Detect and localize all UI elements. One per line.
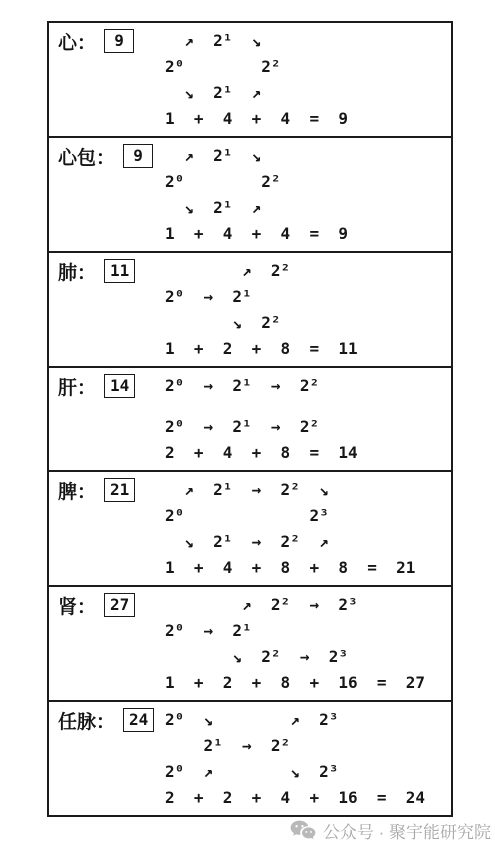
organ-row: 任脉：24 2⁰ ↘ ↗ 2³ 2¹ → 2² 2⁰ ↗ ↘ 2³2 + 2 +… bbox=[49, 700, 451, 815]
organ-label: 心： bbox=[58, 28, 96, 55]
organ-label: 任脉： bbox=[58, 707, 115, 734]
diagram-line: ↘ 2¹ ↗ bbox=[59, 80, 451, 106]
diagram-line: ↘ 2² → 2³ bbox=[59, 644, 451, 670]
diagram-line: 2⁰ 2² bbox=[59, 169, 451, 195]
diagram-line: 2¹ → 2² bbox=[59, 733, 451, 759]
diagram-line: 2⁰ 2³ bbox=[59, 503, 451, 529]
sum-equation: 1 + 4 + 8 + 8 = 21 bbox=[59, 555, 451, 581]
row-header: 任脉：24 bbox=[58, 707, 154, 733]
sum-equation: 2 + 4 + 8 = 14 bbox=[59, 440, 451, 466]
organ-label: 肝： bbox=[58, 373, 96, 400]
sum-equation: 1 + 4 + 4 = 9 bbox=[59, 221, 451, 247]
organ-row: 心包：9 ↗ 2¹ ↘ 2⁰ 2² ↘ 2¹ ↗1 + 4 + 4 = 9 bbox=[49, 136, 451, 251]
row-header: 肝：14 bbox=[58, 373, 135, 399]
diagram-line: 2⁰ → 2¹ → 2² bbox=[59, 414, 451, 440]
row-header: 肺：11 bbox=[58, 258, 135, 284]
diagram-line: 2⁰ ↗ ↘ 2³ bbox=[59, 759, 451, 785]
row-header: 脾：21 bbox=[58, 477, 135, 503]
diagram-line: 2⁰ → 2¹ bbox=[59, 618, 451, 644]
value-box: 9 bbox=[104, 29, 134, 53]
diagram-line: ↘ 2¹ → 2² ↗ bbox=[59, 529, 451, 555]
organ-row: 肺：11 ↗ 2² 2⁰ → 2¹ ↘ 2²1 + 2 + 8 = 11 bbox=[49, 251, 451, 366]
organ-row: 肾：27 ↗ 2² → 2³ 2⁰ → 2¹ ↘ 2² → 2³1 + 2 + … bbox=[49, 585, 451, 700]
diagram-line bbox=[59, 399, 451, 414]
wechat-icon bbox=[290, 820, 316, 841]
watermark-footer: 公众号 · 聚宇能研究院 bbox=[290, 818, 491, 842]
diagram-line: ↘ 2¹ ↗ bbox=[59, 195, 451, 221]
organ-label: 脾： bbox=[58, 477, 96, 504]
value-box: 21 bbox=[104, 478, 135, 502]
organ-row: 肝：14 2⁰ → 2¹ → 2² 2⁰ → 2¹ → 2²2 + 4 + 8 … bbox=[49, 366, 451, 470]
value-box: 24 bbox=[123, 708, 154, 732]
watermark-text: 公众号 · 聚宇能研究院 bbox=[323, 818, 491, 843]
sum-equation: 1 + 2 + 8 + 16 = 27 bbox=[59, 670, 451, 696]
sum-equation: 2 + 2 + 4 + 16 = 24 bbox=[59, 785, 451, 811]
value-box: 9 bbox=[123, 144, 153, 168]
organ-label: 肾： bbox=[58, 592, 96, 619]
row-header: 肾：27 bbox=[58, 592, 135, 618]
value-box: 14 bbox=[104, 374, 135, 398]
diagram-line: 2⁰ → 2¹ bbox=[59, 284, 451, 310]
diagram-line: ↘ 2² bbox=[59, 310, 451, 336]
organ-label: 心包： bbox=[58, 143, 115, 170]
organ-power-table: 心：9 ↗ 2¹ ↘ 2⁰ 2² ↘ 2¹ ↗1 + 4 + 4 = 9心包：9… bbox=[47, 21, 453, 817]
value-box: 27 bbox=[104, 593, 135, 617]
sum-equation: 1 + 2 + 8 = 11 bbox=[59, 336, 451, 362]
row-header: 心包：9 bbox=[58, 143, 153, 169]
diagram-line: 2⁰ 2² bbox=[59, 54, 451, 80]
organ-row: 心：9 ↗ 2¹ ↘ 2⁰ 2² ↘ 2¹ ↗1 + 4 + 4 = 9 bbox=[49, 23, 451, 136]
organ-row: 脾：21 ↗ 2¹ → 2² ↘ 2⁰ 2³ ↘ 2¹ → 2² ↗1 + 4 … bbox=[49, 470, 451, 585]
sum-equation: 1 + 4 + 4 = 9 bbox=[59, 106, 451, 132]
row-header: 心：9 bbox=[58, 28, 134, 54]
value-box: 11 bbox=[104, 259, 135, 283]
organ-label: 肺： bbox=[58, 258, 96, 285]
